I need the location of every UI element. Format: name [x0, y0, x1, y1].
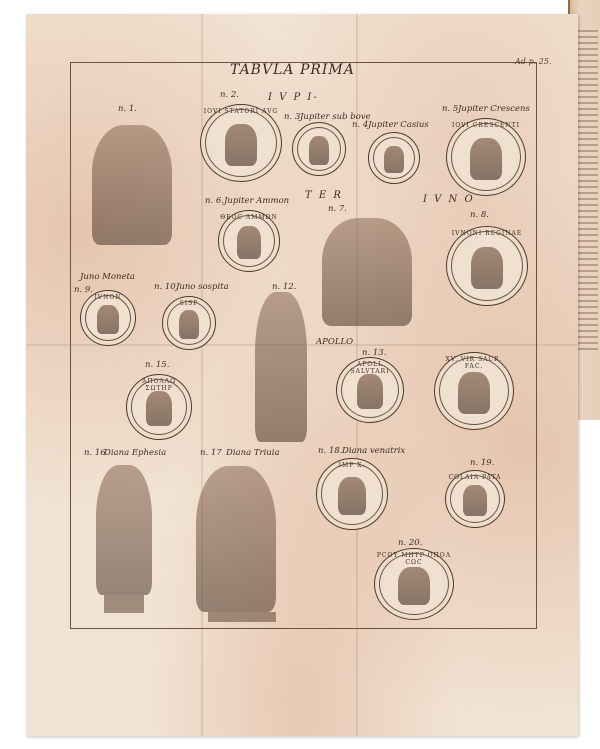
coin-juno-moneta: IVNON [80, 290, 136, 346]
book-text-block [578, 30, 598, 350]
item-number: n. 20. [398, 538, 422, 548]
statue-enthroned-juno [322, 218, 412, 326]
coin-diana-venatrix: IMP X. [316, 458, 388, 530]
section-juno: I V N O [423, 194, 475, 205]
coin-xv-vir-sacr-fac: XV. VIR SACR. FAC. [434, 352, 514, 430]
item-number: n. 17 [200, 448, 222, 458]
item-number: n. 8. [470, 210, 489, 220]
item-number: n. 15. [145, 360, 169, 370]
coin-apoll-salutari: APOLL SALVTARI [336, 357, 404, 423]
pedestal [104, 595, 144, 613]
section-jupiter-1: I V P I- [268, 92, 319, 103]
statue-seated-jupiter [92, 125, 172, 245]
coin-jupiter-casius [368, 132, 420, 184]
item-caption: Jupiter Ammon [224, 196, 289, 206]
coin-jupiter-ammon: ΘΕΟC AMMΩN [218, 210, 280, 272]
item-number: n. 6. [205, 196, 224, 206]
section-apollo: APOLLO [316, 337, 353, 347]
coin-juno-sospita: SISP [162, 296, 216, 350]
statue-apollo [255, 292, 307, 442]
section-jupiter-2: T E R [305, 190, 343, 201]
item-caption: Diana Ephesia [104, 448, 166, 458]
statue-diana-ephesia [96, 465, 152, 595]
item-number: n. 12. [272, 282, 296, 292]
coin-quadriga: PCOY MHTP OΠOΛ CΩC [374, 548, 454, 620]
item-number: n. 10. [154, 282, 178, 292]
item-caption: Juno sospita [176, 282, 229, 292]
item-number: n. 1. [118, 104, 137, 114]
plate-title: TABVLA PRIMA [230, 62, 355, 78]
coin-iunoni-reginae: IVNONI REGINAE [446, 226, 528, 306]
item-caption: Diana Triuia [226, 448, 280, 458]
coin-jupiter-sub-bove [292, 122, 346, 176]
item-caption: Juno Moneta [80, 272, 135, 282]
item-number: n. 19. [470, 458, 494, 468]
item-number: n. 16 [84, 448, 106, 458]
item-number: n. 18. [318, 446, 342, 456]
coin-jupiter-crescens: IOVI CRESCENTI [446, 118, 526, 196]
statue-diana-triuia [196, 466, 276, 612]
item-number: n. 2. [220, 90, 239, 100]
pedestal [208, 612, 276, 622]
coin-colaia-pata: COLAIA PATA [445, 470, 505, 528]
page-reference: Ad p. 25. [515, 57, 551, 66]
coin-apollo-soter: ΑΠΟΛΛΩ ΣΩΤΗΡ [126, 374, 192, 440]
item-caption: Diana venatrix [342, 446, 405, 456]
item-number: n. 7. [328, 204, 347, 214]
item-caption: Jupiter Crescens [458, 104, 530, 114]
coin-iovi-statori: IOVI STATORI AVG [200, 104, 282, 182]
item-caption: Jupiter Casius [368, 120, 429, 130]
